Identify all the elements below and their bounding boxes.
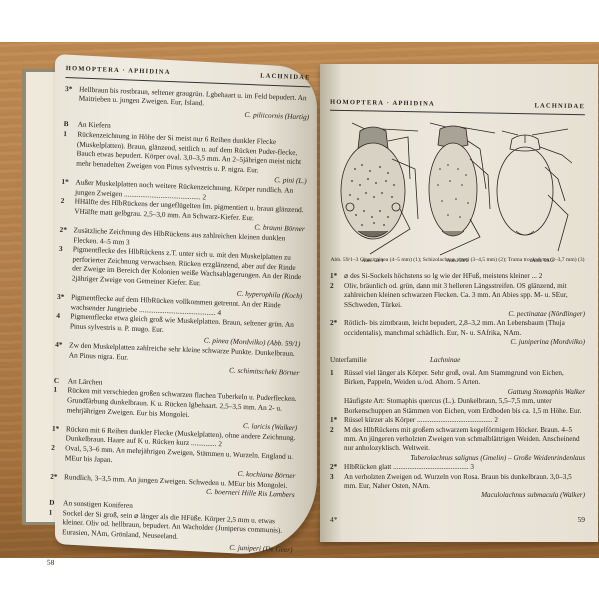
couplet-number: 1 (330, 369, 344, 388)
couplet-number (330, 397, 344, 416)
left-page-number: 58 (47, 558, 292, 577)
lead-number: 2 (493, 416, 498, 424)
couplet-number: 2 (330, 282, 344, 310)
couplet-text: Rötlich- bis zimtbraun, leicht bepudert,… (344, 319, 585, 338)
couplet-text: HlbRücken glatt ........................… (344, 463, 585, 472)
species-name: C. pectinatae (Nördlinger) (330, 310, 585, 319)
figure-cinara-pinea (341, 123, 418, 254)
lead-number: 2 (201, 192, 207, 201)
couplet-text: M des HlbRückens mit großem schwarzem ke… (344, 426, 585, 454)
species-name: C. juniperina (Mordvilko) (330, 338, 585, 347)
couplet-number: 1* (330, 272, 344, 281)
couplet-text: ⌀ des Si-Sockels höchstens so lg wie der… (344, 272, 585, 281)
section-letter: B (64, 119, 78, 129)
couplet-number: 2* (50, 471, 64, 481)
couplet-number: 1* (61, 177, 76, 197)
section-letter: D (49, 498, 63, 508)
subfamily-label: Unterfamilie (330, 356, 430, 365)
key-entry: 3An verholzten Zweigen od. Wurzeln von R… (330, 473, 585, 492)
couplet-number: 3 (58, 244, 73, 283)
subfamily-heading: Unterfamilie Lachninae (330, 356, 585, 365)
signature-mark: 4* (330, 515, 338, 524)
right-key-entries: 1*⌀ des Si-Sockels höchstens so lg wie d… (330, 272, 585, 347)
key-entry: 2*Rötlich- bis zimtbraun, leicht bepuder… (330, 319, 585, 338)
figure-label-1: Abb. 59/1 (361, 257, 383, 266)
right-page-footer: 4* 59 (330, 515, 585, 524)
couplet-number: 3* (57, 292, 72, 312)
key-entry: 2Oliv, bräunlich od. grün, dann mit 3 he… (330, 282, 585, 310)
figure-labels: Abb. 59/1 Abb. 59/2 Abb. 59/3 (330, 257, 585, 266)
lead-number: 4 (216, 308, 222, 317)
couplet-number: 2 (51, 443, 66, 463)
couplet-number: 3* (65, 84, 80, 104)
figure-trama (497, 129, 572, 251)
key-entry: 1*⌀ des Si-Sockels höchstens so lg wie d… (330, 272, 585, 281)
species-name: Maculolachnus submacula (Walker) (330, 491, 585, 500)
key-entry: 2M des HlbRückens mit großem schwarzem k… (330, 426, 585, 454)
figure-label-2: Abb. 59/2 (446, 257, 468, 266)
section-letter: C (54, 376, 68, 386)
right-header-title: HOMOPTERA · APHIDINA (330, 98, 435, 109)
couplet-number: 2 (330, 426, 344, 454)
couplet-number: 3 (330, 473, 344, 492)
lead-number: 3 (124, 237, 130, 246)
figure-schizolachnus (429, 123, 495, 255)
couplet-number: 1 (62, 129, 77, 168)
couplet-number: 1 (48, 507, 63, 536)
key-entry: 1Rüssel viel länger als Körper. Sehr gro… (330, 369, 585, 388)
subfamily-name: Lachninae (430, 356, 460, 365)
figure-label-3: Abb. 59/3 (531, 257, 553, 266)
left-page-content: HOMOPTERA · APHIDINA LACHNIDAE 3*Hellbra… (47, 64, 311, 577)
couplet-text: An verholzten Zweigen od. Wurzeln von Ro… (344, 473, 585, 492)
couplet-text: Rüssel kürzer als Körper ...............… (344, 416, 585, 425)
right-running-header: HOMOPTERA · APHIDINA LACHNIDAE (330, 98, 585, 116)
couplet-text: Rüssel viel länger als Körper. Sehr groß… (344, 369, 585, 388)
right-key-entries-lachninae: 1Rüssel viel länger als Körper. Sehr gro… (330, 369, 585, 501)
couplet-number: 4* (55, 340, 70, 360)
couplet-number: 2* (330, 463, 344, 472)
couplet-number: 1 (53, 385, 68, 414)
couplet-number: 2* (59, 225, 74, 245)
lead-number: 2 (216, 439, 222, 448)
key-entry: 1*Rüssel kürzer als Körper .............… (330, 416, 585, 425)
couplet-text: Oliv, bräunlich od. grün, dann mit 3 hel… (344, 282, 585, 310)
couplet-number: 4 (56, 311, 71, 331)
couplet-text: Häufigste Art: Stomaphis quercus (L.). D… (344, 397, 585, 416)
couplet-number: 2* (330, 319, 344, 338)
couplet-number: 1* (51, 424, 66, 444)
left-key-entries: 3*Hellbraun bis rostbraun, seltener grau… (48, 84, 311, 555)
lead-number: 3 (469, 463, 474, 471)
couplet-number: 1* (330, 416, 344, 425)
key-entry: 2*HlbRücken glatt ......................… (330, 463, 585, 472)
left-header-family: LACHNIDAE (260, 71, 311, 83)
right-page-content: HOMOPTERA · APHIDINA LACHNIDAE (330, 100, 585, 524)
aphid-figures-icon (330, 119, 585, 257)
lead-number: 2 (537, 272, 542, 280)
species-name: Tuberolachnus salignus (Gmelin) – Große … (330, 454, 585, 463)
aphid-illustrations: Abb. 59/1 Abb. 59/2 Abb. 59/3 (330, 119, 585, 257)
right-page-number: 59 (578, 515, 586, 524)
couplet-number: 2 (60, 196, 75, 216)
species-name: Gattung Stomaphis Walker (330, 388, 585, 397)
right-header-family: LACHNIDAE (534, 101, 585, 111)
key-entry: Häufigste Art: Stomaphis quercus (L.). D… (330, 397, 585, 416)
